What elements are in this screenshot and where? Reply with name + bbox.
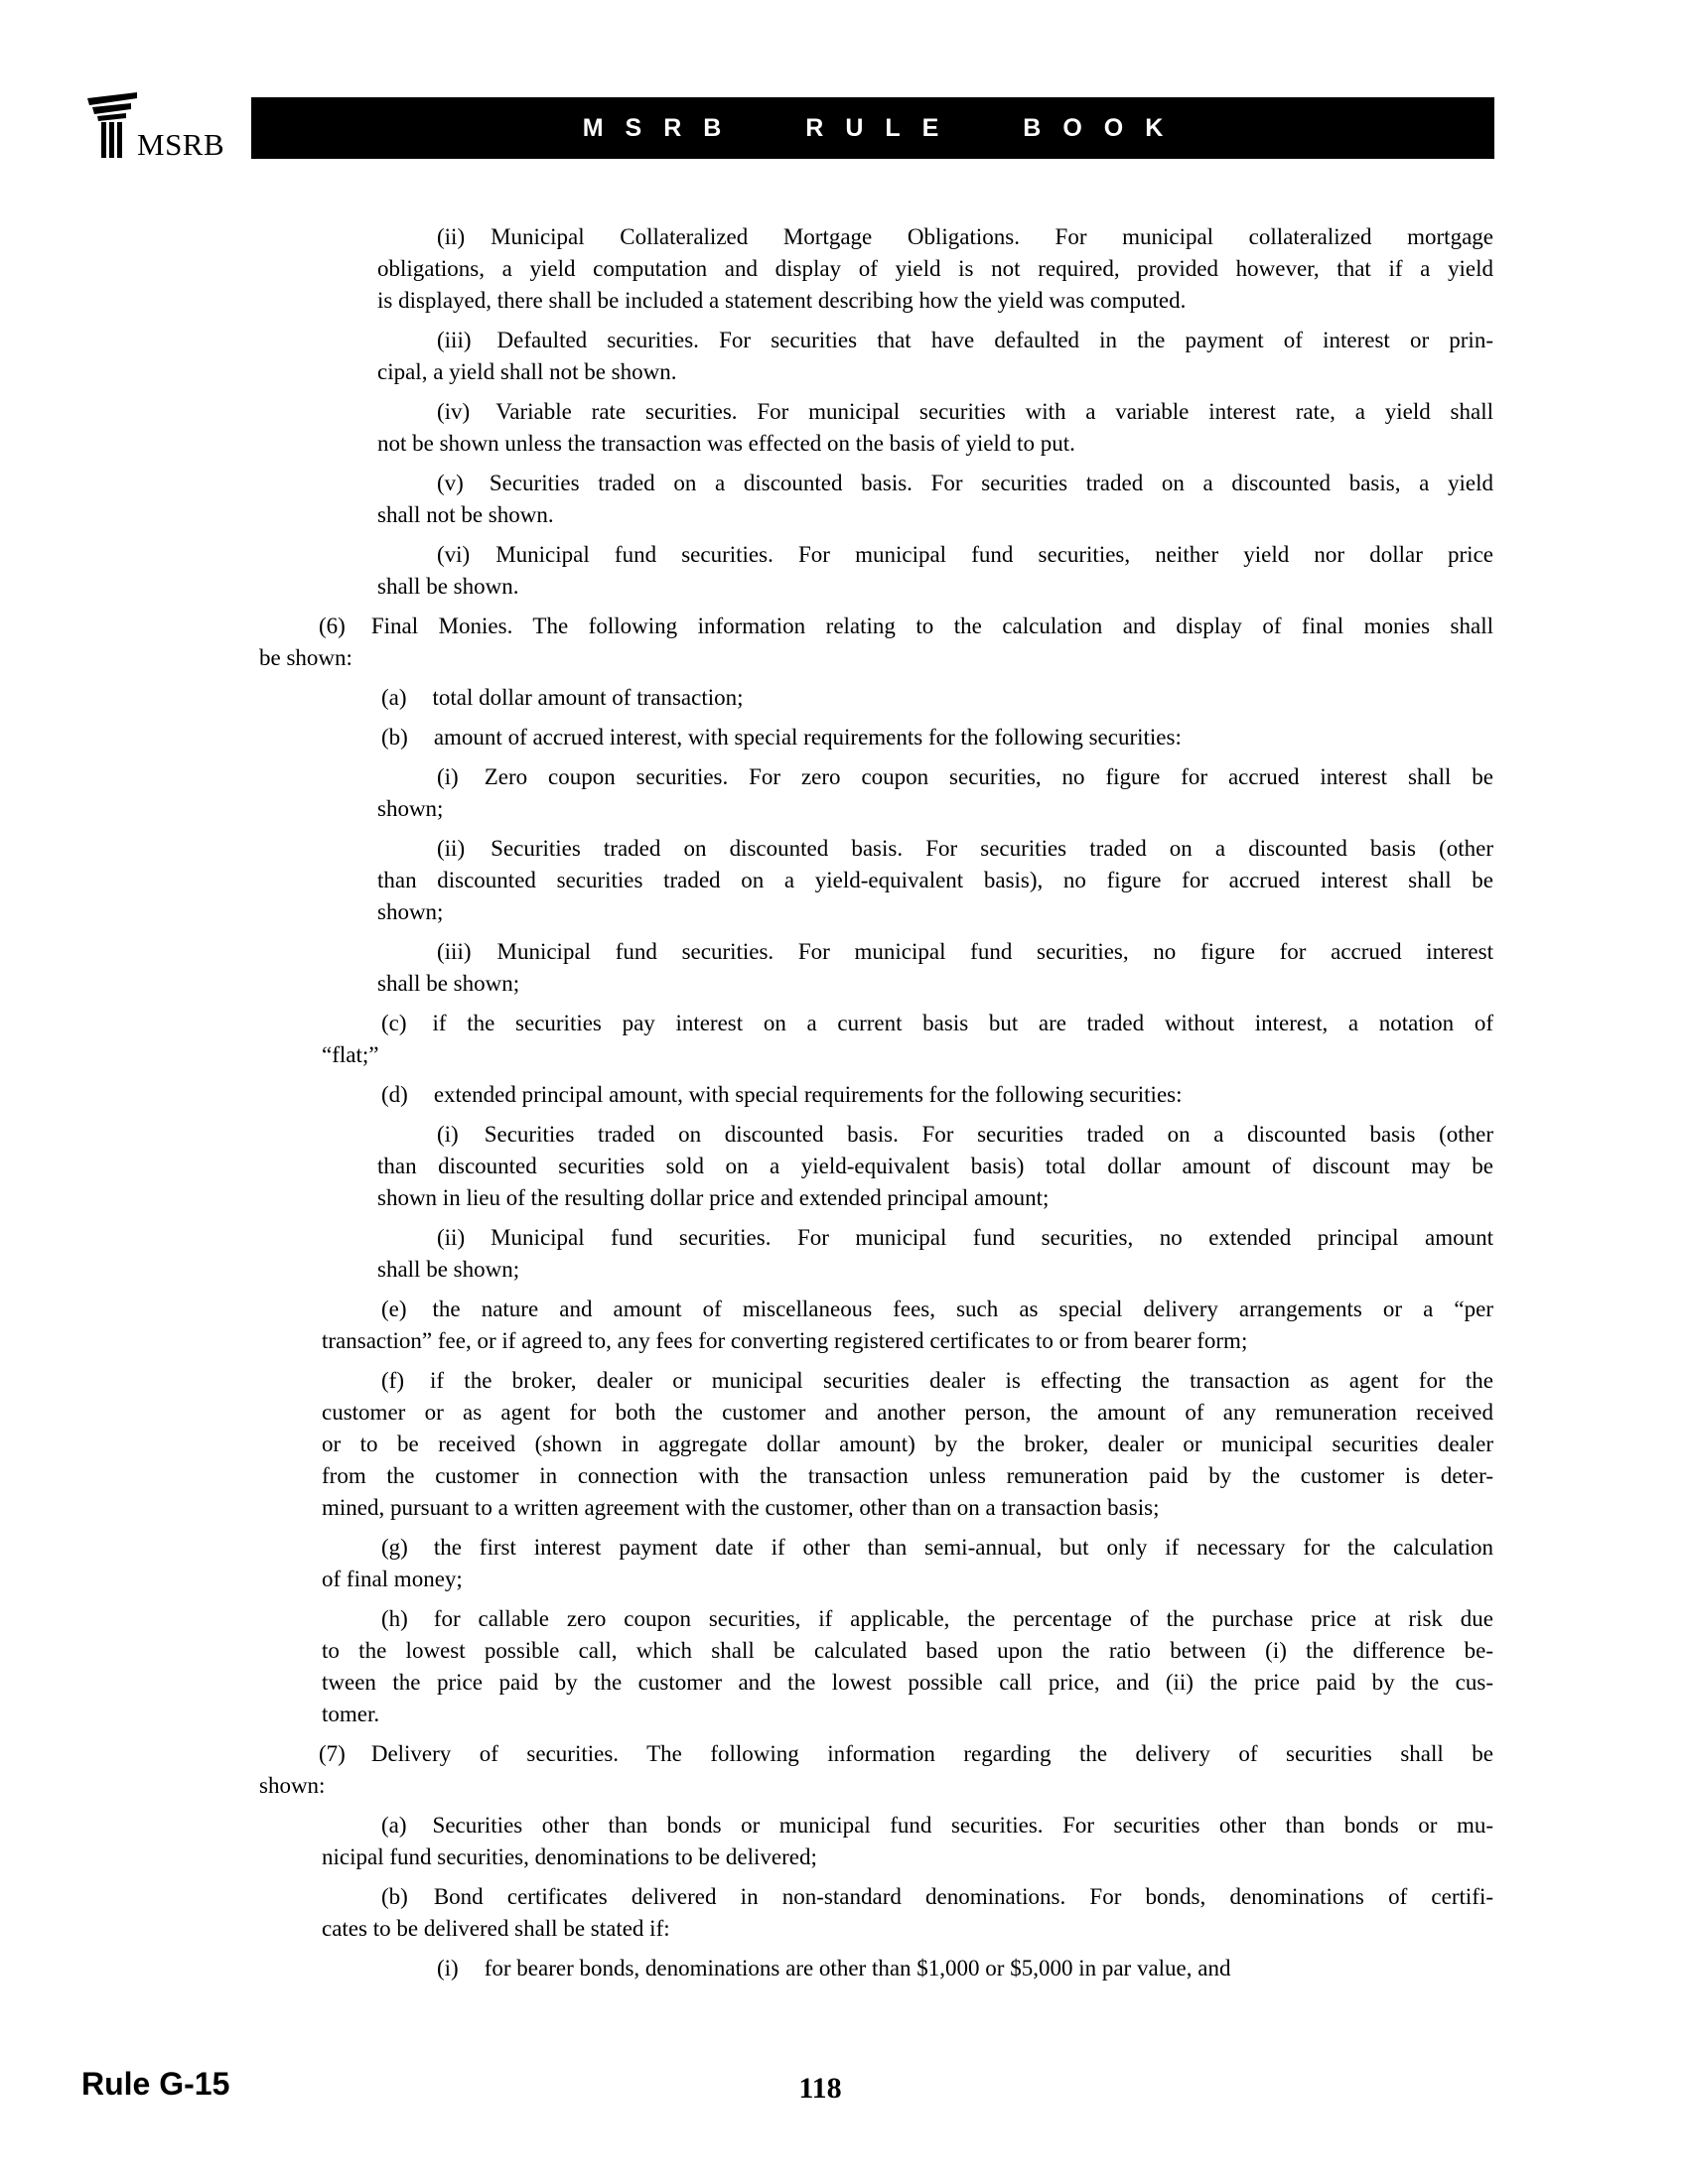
line-text: the first interest payment date if other… <box>434 1535 1493 1560</box>
msrb-logo: MSRB <box>85 89 254 159</box>
paragraph-label: (iv) <box>437 399 470 424</box>
paragraph-label: (g) <box>381 1535 408 1560</box>
paragraph-line: shall be shown; <box>377 1254 1493 1286</box>
paragraph-line: (iv)Variable rate securities. For munici… <box>377 396 1493 428</box>
paragraph-c: (c)if the securities pay interest on a c… <box>322 1008 1493 1071</box>
paragraph-line: cipal, a yield shall not be shown. <box>377 356 1493 388</box>
paragraph-g: (g)the first interest payment date if ot… <box>322 1532 1493 1595</box>
paragraph-e: (e)the nature and amount of miscellaneou… <box>322 1294 1493 1357</box>
paragraph-i: (i)for bearer bonds, denominations are o… <box>377 1953 1493 1984</box>
logo-brand-text: MSRB <box>137 127 224 163</box>
paragraph-label: (h) <box>381 1606 408 1631</box>
paragraph-label: (b) <box>381 725 408 750</box>
paragraph-ii: (ii)Municipal fund securities. For munic… <box>377 1222 1493 1286</box>
paragraph-iii: (iii)Defaulted securities. For securitie… <box>377 325 1493 388</box>
paragraph-ii: (ii)Municipal Collateralized Mortgage Ob… <box>377 221 1493 317</box>
paragraph-6: (6)Final Monies. The following informati… <box>259 611 1493 674</box>
paragraph-label: (i) <box>437 764 459 789</box>
paragraph-label: (i) <box>437 1956 459 1980</box>
paragraph-line: (h)for callable zero coupon securities, … <box>322 1603 1493 1635</box>
paragraph-f: (f)if the broker, dealer or municipal se… <box>322 1365 1493 1524</box>
paragraph-line: (f)if the broker, dealer or municipal se… <box>322 1365 1493 1397</box>
paragraph-line: shown; <box>377 793 1493 825</box>
paragraph-line: is displayed, there shall be included a … <box>377 285 1493 317</box>
paragraph-label: (d) <box>381 1082 408 1107</box>
paragraph-line: than discounted securities sold on a yie… <box>377 1151 1493 1182</box>
line-text: Securities traded on discounted basis. F… <box>491 836 1493 861</box>
paragraph-line: tomer. <box>322 1699 1493 1730</box>
line-text: Zero coupon securities. For zero coupon … <box>485 764 1493 789</box>
paragraph-line: transaction” fee, or if agreed to, any f… <box>322 1325 1493 1357</box>
document-body: (ii)Municipal Collateralized Mortgage Ob… <box>259 221 1493 1992</box>
paragraph-line: (iii)Municipal fund securities. For muni… <box>377 936 1493 968</box>
paragraph-line: (b)amount of accrued interest, with spec… <box>322 722 1493 753</box>
paragraph-line: (ii)Municipal fund securities. For munic… <box>377 1222 1493 1254</box>
paragraph-i: (i)Zero coupon securities. For zero coup… <box>377 761 1493 825</box>
line-text: the nature and amount of miscellaneous f… <box>433 1297 1493 1321</box>
paragraph-iii: (iii)Municipal fund securities. For muni… <box>377 936 1493 1000</box>
paragraph-h: (h)for callable zero coupon securities, … <box>322 1603 1493 1730</box>
paragraph-a: (a)Securities other than bonds or munici… <box>322 1810 1493 1873</box>
paragraph-line: mined, pursuant to a written agreement w… <box>322 1492 1493 1524</box>
paragraph-line: from the customer in connection with the… <box>322 1460 1493 1492</box>
paragraph-a: (a)total dollar amount of transaction; <box>322 682 1493 714</box>
paragraph-line: (b)Bond certificates delivered in non-st… <box>322 1881 1493 1913</box>
paragraph-line: not be shown unless the transaction was … <box>377 428 1493 460</box>
paragraph-line: than discounted securities traded on a y… <box>377 865 1493 896</box>
paragraph-line: (a)Securities other than bonds or munici… <box>322 1810 1493 1842</box>
paragraph-ii: (ii)Securities traded on discounted basi… <box>377 833 1493 928</box>
line-text: extended principal amount, with special … <box>434 1082 1183 1107</box>
paragraph-line: (ii)Municipal Collateralized Mortgage Ob… <box>377 221 1493 253</box>
paragraph-line: or to be received (shown in aggregate do… <box>322 1429 1493 1460</box>
paragraph-line: (iii)Defaulted securities. For securitie… <box>377 325 1493 356</box>
rulebook-page: MSRB MSRB RULE BOOK (ii)Municipal Collat… <box>0 0 1688 2184</box>
line-text: Municipal fund securities. For municipal… <box>491 1225 1493 1250</box>
line-text: Securities other than bonds or municipal… <box>433 1813 1493 1838</box>
line-text: Municipal fund securities. For municipal… <box>495 542 1493 567</box>
paragraph-line: customer or as agent for both the custom… <box>322 1397 1493 1429</box>
line-text: Final Monies. The following information … <box>371 614 1493 638</box>
paragraph-label: (ii) <box>437 836 465 861</box>
paragraph-line: (i)Securities traded on discounted basis… <box>377 1119 1493 1151</box>
paragraph-line: (ii)Securities traded on discounted basi… <box>377 833 1493 865</box>
paragraph-label: (c) <box>381 1011 407 1035</box>
line-text: Securities traded on discounted basis. F… <box>485 1122 1493 1147</box>
line-text: Securities traded on a discounted basis.… <box>490 471 1493 495</box>
line-text: total dollar amount of transaction; <box>433 685 744 710</box>
paragraph-line: be shown: <box>259 642 1493 674</box>
paragraph-label: (6) <box>319 614 346 638</box>
paragraph-line: shall be shown; <box>377 968 1493 1000</box>
paragraph-7: (7)Delivery of securities. The following… <box>259 1738 1493 1802</box>
paragraph-label: (ii) <box>437 1225 465 1250</box>
line-text: for callable zero coupon securities, if … <box>434 1606 1493 1631</box>
paragraph-line: (g)the first interest payment date if ot… <box>322 1532 1493 1564</box>
line-text: amount of accrued interest, with special… <box>434 725 1182 750</box>
line-text: Bond certificates delivered in non-stand… <box>434 1884 1493 1909</box>
paragraph-line: tween the price paid by the customer and… <box>322 1667 1493 1699</box>
paragraph-v: (v)Securities traded on a discounted bas… <box>377 468 1493 531</box>
paragraph-vi: (vi)Municipal fund securities. For munic… <box>377 539 1493 603</box>
paragraph-label: (iii) <box>437 939 472 964</box>
paragraph-line: (c)if the securities pay interest on a c… <box>322 1008 1493 1039</box>
paragraph-line: to the lowest possible call, which shall… <box>322 1635 1493 1667</box>
line-text: if the broker, dealer or municipal secur… <box>430 1368 1493 1393</box>
paragraph-label: (v) <box>437 471 464 495</box>
paragraph-d: (d)extended principal amount, with speci… <box>322 1079 1493 1111</box>
line-text: if the securities pay interest on a curr… <box>433 1011 1493 1035</box>
paragraph-line: obligations, a yield computation and dis… <box>377 253 1493 285</box>
title-banner: MSRB RULE BOOK <box>251 97 1494 159</box>
paragraph-label: (vi) <box>437 542 470 567</box>
paragraph-line: (vi)Municipal fund securities. For munic… <box>377 539 1493 571</box>
paragraph-line: “flat;” <box>322 1039 1493 1071</box>
paragraph-label: (f) <box>381 1368 404 1393</box>
paragraph-label: (a) <box>381 1813 407 1838</box>
banner-title: MSRB RULE BOOK <box>561 114 1186 143</box>
footer-page-number: 118 <box>0 2073 1640 2105</box>
paragraph-line: (i)for bearer bonds, denominations are o… <box>377 1953 1493 1984</box>
paragraph-label: (a) <box>381 685 407 710</box>
line-text: for bearer bonds, denominations are othe… <box>485 1956 1231 1980</box>
line-text: Municipal Collateralized Mortgage Obliga… <box>491 224 1493 249</box>
paragraph-line: (d)extended principal amount, with speci… <box>322 1079 1493 1111</box>
paragraph-b: (b)Bond certificates delivered in non-st… <box>322 1881 1493 1945</box>
paragraph-i: (i)Securities traded on discounted basis… <box>377 1119 1493 1214</box>
line-text: Variable rate securities. For municipal … <box>495 399 1493 424</box>
paragraph-label: (b) <box>381 1884 408 1909</box>
paragraph-line: shall be shown. <box>377 571 1493 603</box>
paragraph-b: (b)amount of accrued interest, with spec… <box>322 722 1493 753</box>
paragraph-line: shown: <box>259 1770 1493 1802</box>
paragraph-line: (a)total dollar amount of transaction; <box>322 682 1493 714</box>
line-text: Delivery of securities. The following in… <box>371 1741 1493 1766</box>
paragraph-line: shall not be shown. <box>377 499 1493 531</box>
paragraph-label: (i) <box>437 1122 459 1147</box>
line-text: Municipal fund securities. For municipal… <box>497 939 1494 964</box>
paragraph-line: shown; <box>377 896 1493 928</box>
paragraph-label: (iii) <box>437 328 472 352</box>
paragraph-line: (i)Zero coupon securities. For zero coup… <box>377 761 1493 793</box>
line-text: Defaulted securities. For securities tha… <box>497 328 1494 352</box>
paragraph-line: (v)Securities traded on a discounted bas… <box>377 468 1493 499</box>
paragraph-label: (ii) <box>437 224 465 249</box>
paragraph-label: (7) <box>319 1741 346 1766</box>
paragraph-line: cates to be delivered shall be stated if… <box>322 1913 1493 1945</box>
paragraph-line: shown in lieu of the resulting dollar pr… <box>377 1182 1493 1214</box>
paragraph-line: (6)Final Monies. The following informati… <box>259 611 1493 642</box>
paragraph-line: (e)the nature and amount of miscellaneou… <box>322 1294 1493 1325</box>
paragraph-line: of final money; <box>322 1564 1493 1595</box>
column-icon <box>85 89 145 159</box>
paragraph-line: nicipal fund securities, denominations t… <box>322 1842 1493 1873</box>
paragraph-line: (7)Delivery of securities. The following… <box>259 1738 1493 1770</box>
paragraph-iv: (iv)Variable rate securities. For munici… <box>377 396 1493 460</box>
paragraph-label: (e) <box>381 1297 407 1321</box>
